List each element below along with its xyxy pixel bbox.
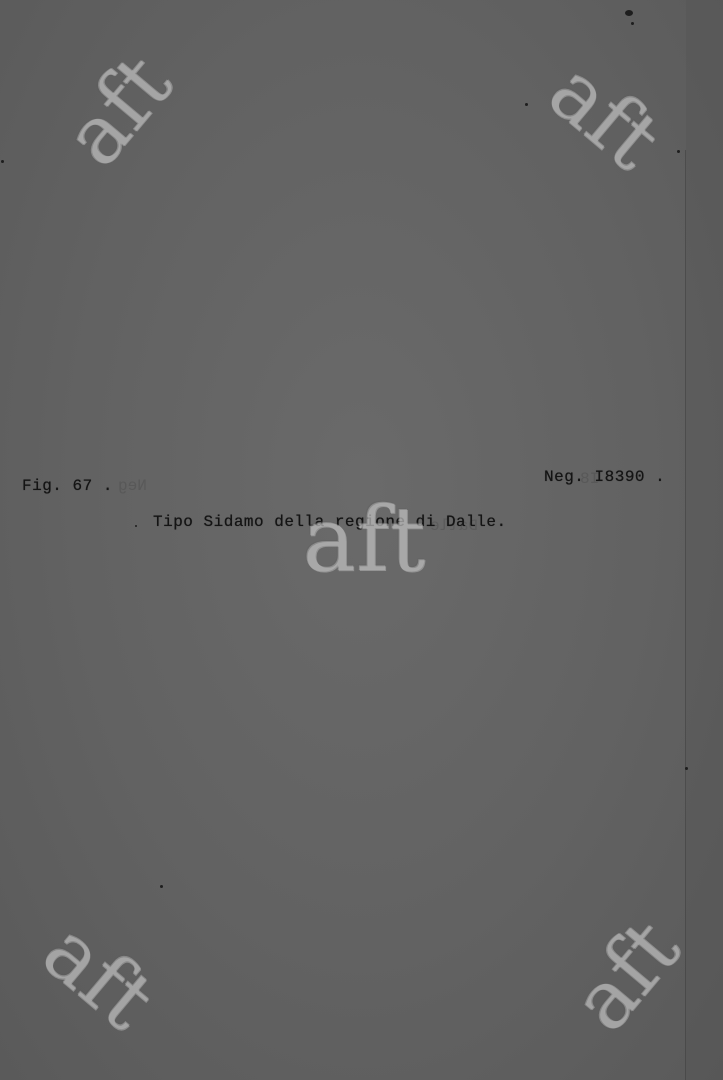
- ink-speck: [631, 22, 634, 25]
- card-edge-shadow: [686, 0, 723, 1080]
- ink-speck: [135, 525, 137, 527]
- watermark-bottom-right: aft: [559, 907, 694, 1046]
- ink-speck: [677, 150, 680, 153]
- figure-number: Fig. 67 .: [22, 477, 113, 495]
- watermark-top-right: aft: [535, 49, 674, 184]
- ink-speck: [525, 103, 528, 106]
- ink-speck: [685, 767, 688, 770]
- watermark-top-left: aft: [51, 42, 186, 181]
- archive-card: aft aft aft aft Neg I8 Dalle Fig. 67 . N…: [0, 0, 723, 1080]
- ink-speck: [1, 160, 4, 163]
- negative-number: Neg. I8390 .: [544, 468, 665, 486]
- watermark-center: aft: [302, 495, 425, 585]
- ink-speck: [625, 10, 633, 16]
- watermark-bottom-left: aft: [29, 909, 168, 1044]
- ink-speck: [160, 885, 163, 888]
- show-through-text: Neg: [118, 477, 147, 495]
- card-edge-line: [685, 150, 686, 1080]
